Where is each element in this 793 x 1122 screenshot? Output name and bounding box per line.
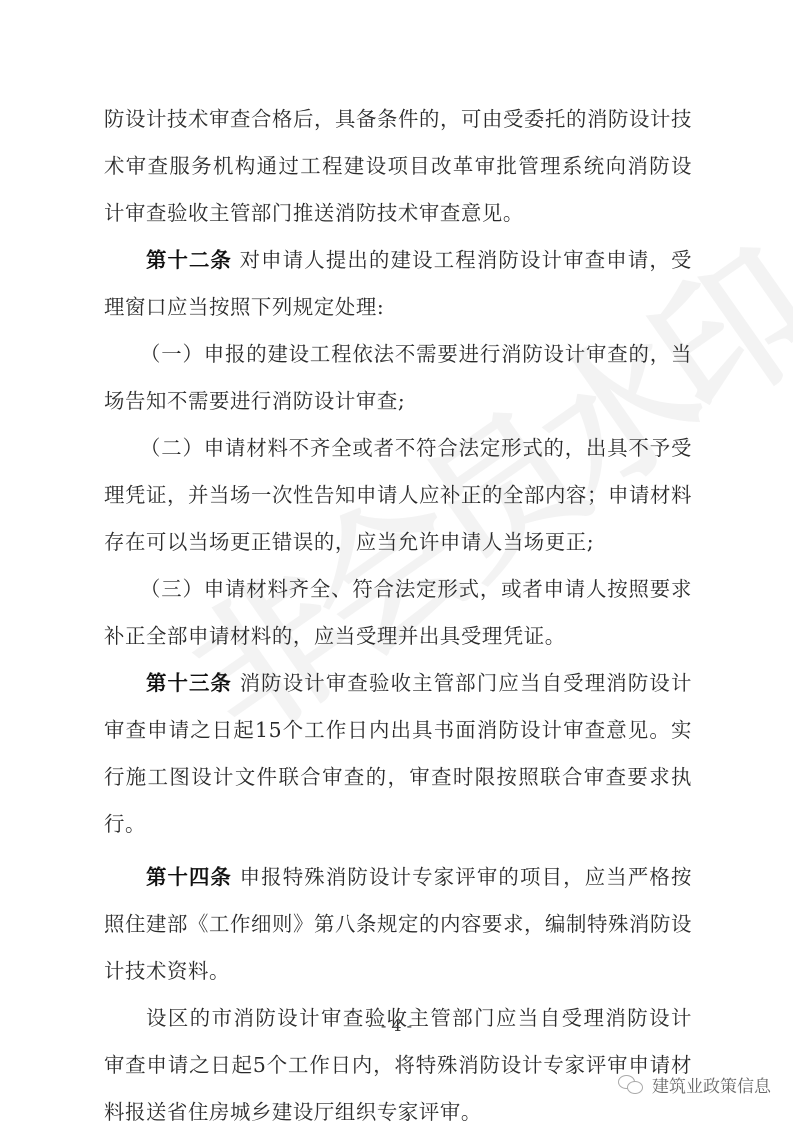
text-line: 存在可以当场更正错误的，应当允许申请人当场更正;	[104, 527, 594, 557]
list-item-line: （三）申请材料齐全、符合法定形式，或者申请人按照要求	[104, 574, 692, 604]
text-line: 照住建部《工作细则》第八条规定的内容要求，编制特殊消防设	[104, 909, 692, 939]
text-line: 计技术资料。	[104, 956, 230, 986]
text-line: 料报送省住房城乡建设厅组织专家评审。	[104, 1097, 482, 1122]
text-line: 理凭证，并当场一次性告知申请人应补正的全部内容；申请材料	[104, 480, 692, 510]
article-heading: 第十四条	[146, 865, 232, 889]
text-line: 理窗口应当按照下列规定处理:	[104, 292, 384, 322]
text-line: 计审查验收主管部门推送消防技术审查意见。	[104, 198, 524, 228]
text-line: 行施工图设计文件联合审查的，审查时限按照联合审查要求执	[104, 762, 692, 792]
article-14-line: 第十四条 申报特殊消防设计专家评审的项目，应当严格按	[104, 862, 692, 892]
page-number: - 4 -	[0, 1016, 793, 1035]
list-item-line: （一）申报的建设工程依法不需要进行消防设计审查的，当	[104, 339, 692, 369]
text-line: 术审查服务机构通过工程建设项目改革审批管理系统向消防设	[104, 151, 692, 181]
article-text: 对申请人提出的建设工程消防设计审查申请，受	[240, 248, 692, 272]
text-line: 审查申请之日起15个工作日内出具书面消防设计审查意见。实	[104, 715, 692, 745]
brand-name: 建筑业政策信息	[652, 1072, 771, 1097]
list-item-line: （二）申请材料不齐全或者不符合法定形式的，出具不予受	[104, 433, 692, 463]
text-line: 行。	[104, 809, 146, 839]
text-line: 补正全部申请材料的，应当受理并出具受理凭证。	[104, 621, 566, 651]
article-12-line: 第十二条 对申请人提出的建设工程消防设计审查申请，受	[104, 245, 692, 275]
article-heading: 第十三条	[146, 671, 232, 695]
footer-brand[interactable]: 建筑业政策信息	[618, 1072, 771, 1097]
text-line: 审查申请之日起5个工作日内，将特殊消防设计专家评审申请材	[104, 1050, 692, 1080]
article-13-line: 第十三条 消防设计审查验收主管部门应当自受理消防设计	[104, 668, 692, 698]
article-text: 申报特殊消防设计专家评审的项目，应当严格按	[240, 865, 692, 889]
article-heading: 第十二条	[146, 248, 232, 272]
article-text: 消防设计审查验收主管部门应当自受理消防设计	[240, 671, 692, 695]
text-line: 防设计技术审查合格后，具备条件的，可由受委托的消防设计技	[104, 104, 692, 134]
wechat-icon	[618, 1075, 644, 1095]
text-line: 场告知不需要进行消防设计审查;	[104, 386, 405, 416]
